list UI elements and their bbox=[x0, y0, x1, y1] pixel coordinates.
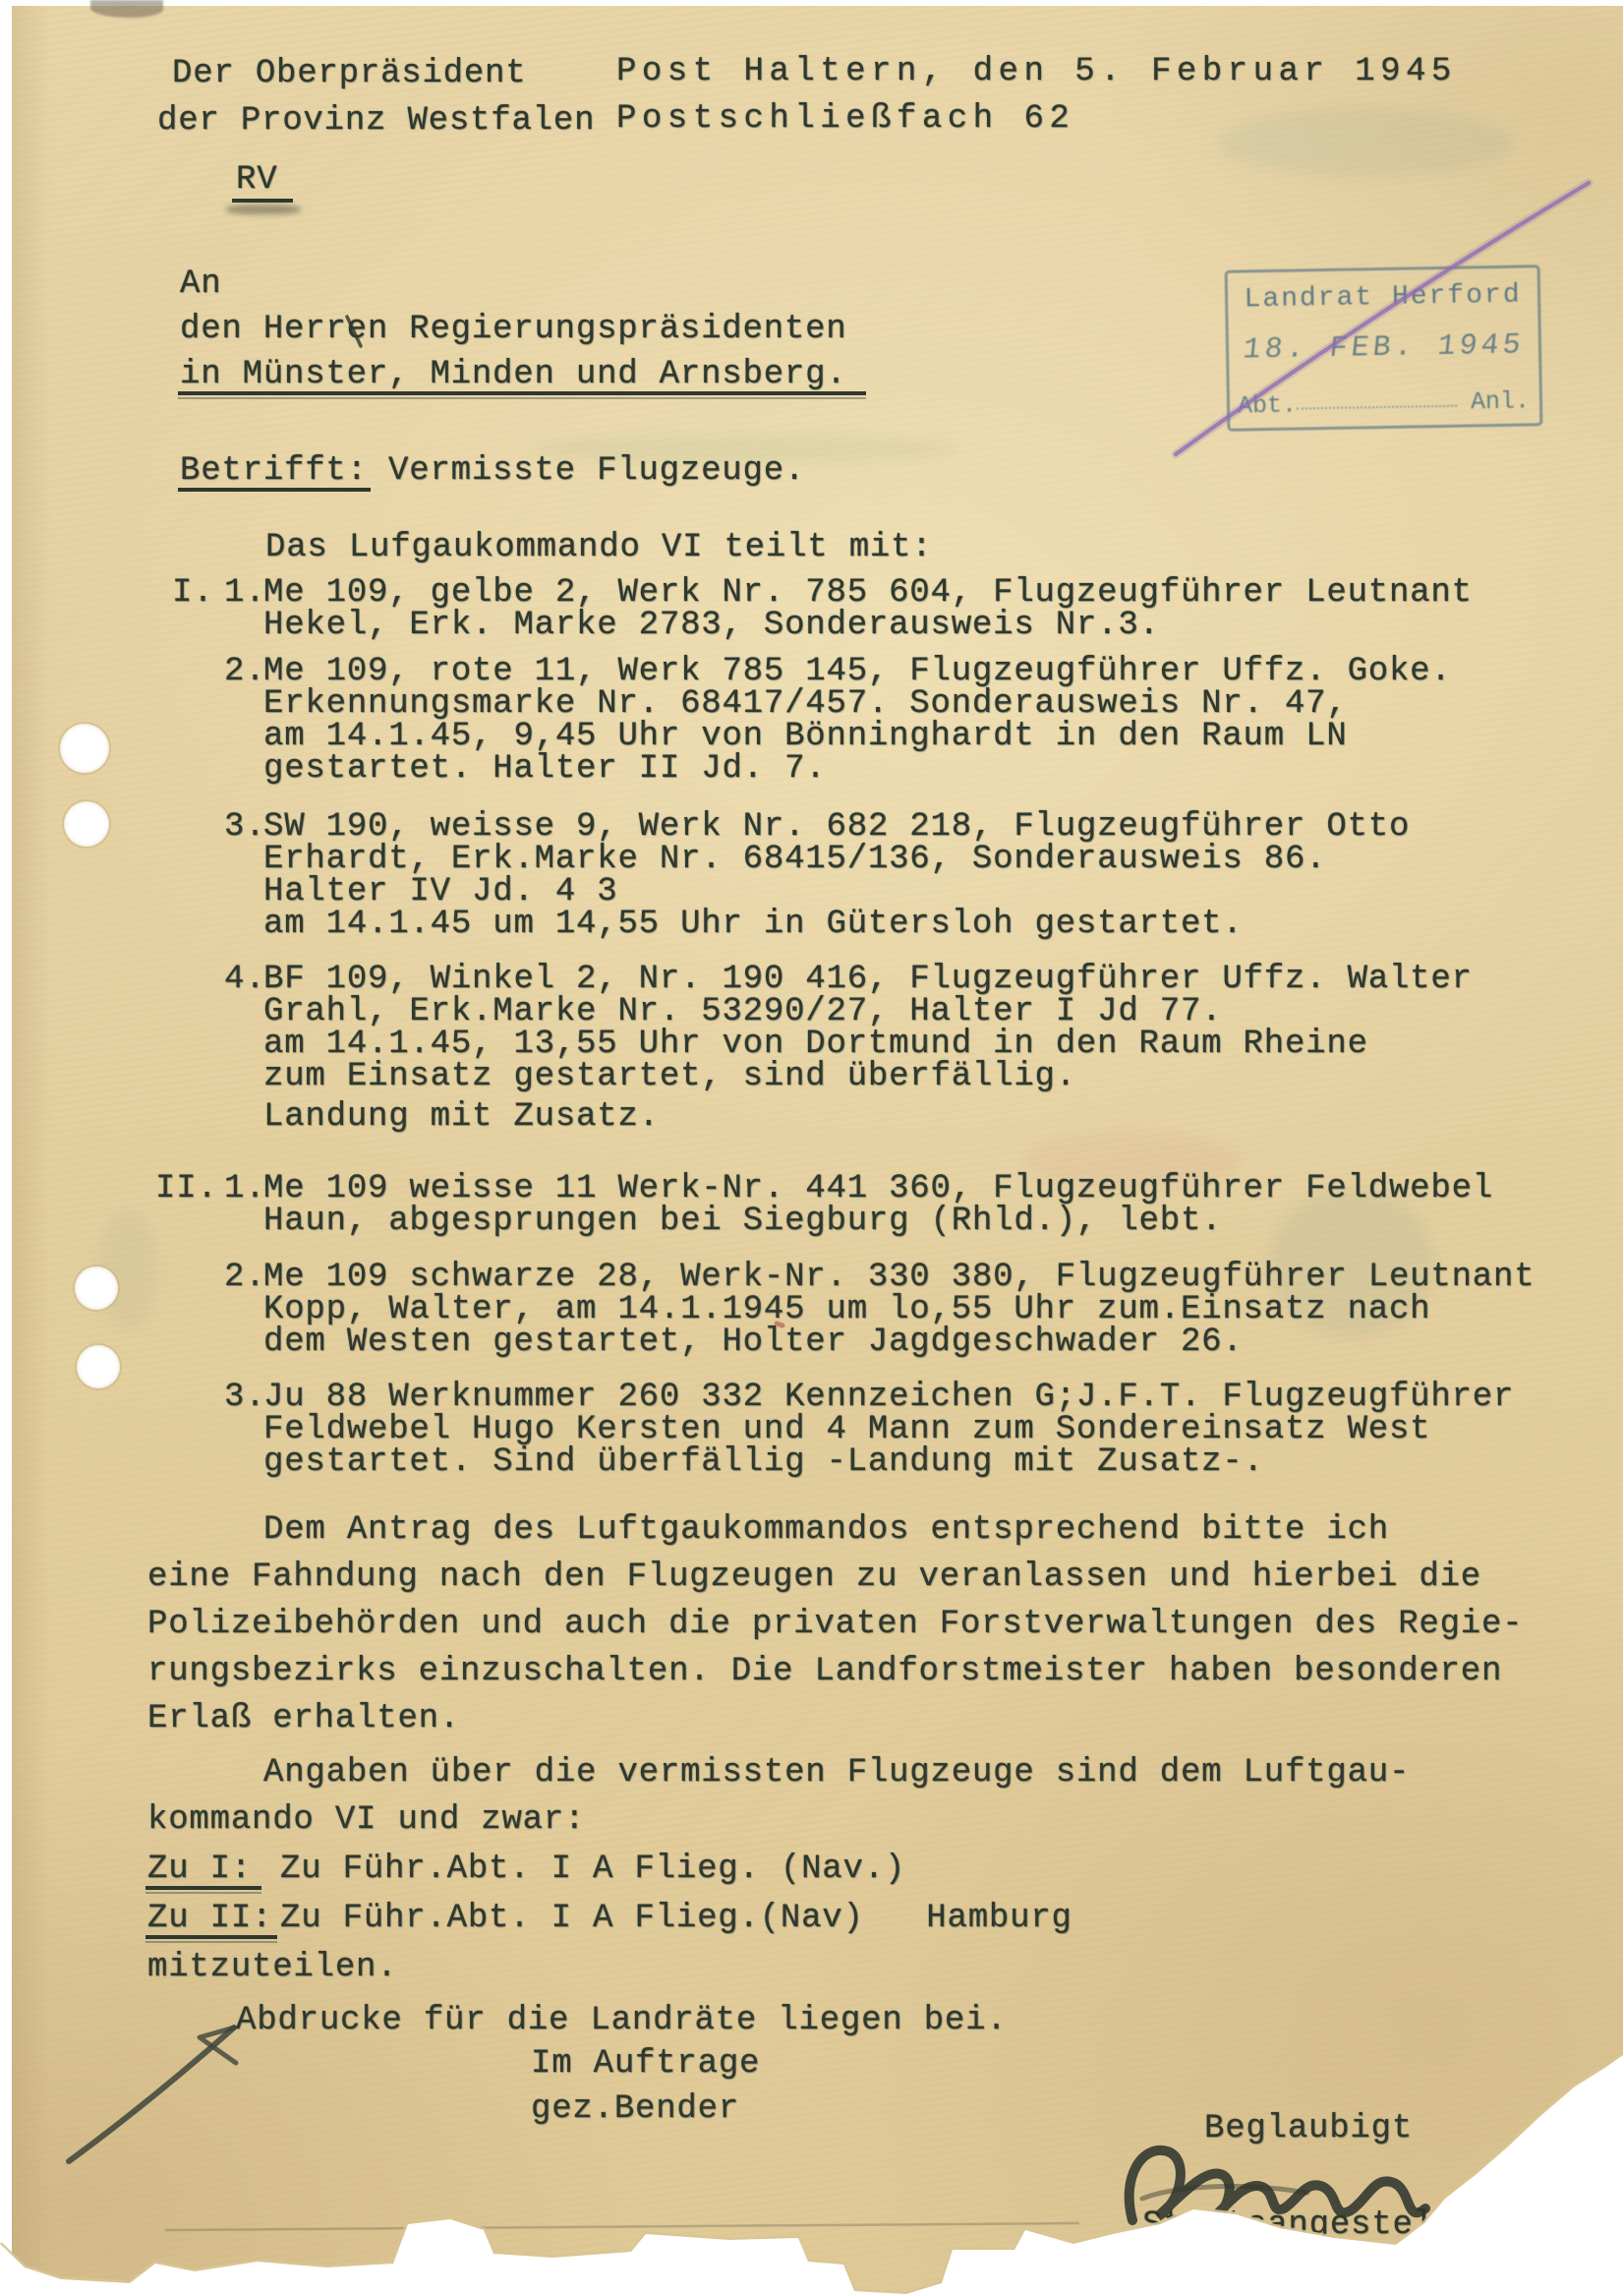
underline bbox=[178, 391, 866, 395]
item-line: gestartet. Halter II Jd. 7. bbox=[263, 752, 827, 786]
reference-text: Zu Führ.Abt. I A Flieg.(Nav) Hamburg bbox=[280, 1902, 1072, 1935]
enclosure-note: Abdrucke für die Landräte liegen bei. bbox=[236, 2004, 1008, 2037]
item-number: 2. bbox=[224, 655, 265, 688]
item-line: Landung mit Zusatz. bbox=[263, 1100, 660, 1134]
item-line: SW 190, weisse 9, Werk Nr. 682 218, Flug… bbox=[263, 810, 1410, 844]
item-line: Grahl, Erk.Marke Nr. 53290/27, Halter I … bbox=[263, 995, 1222, 1029]
item-line: am 14.1.45, 13,55 Uhr von Dortmund in de… bbox=[263, 1028, 1368, 1061]
item-number: 2. bbox=[224, 1261, 265, 1294]
punch-hole bbox=[77, 1345, 120, 1388]
sender-ref: RV bbox=[236, 163, 277, 197]
sender-line: Der Oberpräsident bbox=[172, 57, 526, 90]
recipient-line: An bbox=[180, 267, 221, 301]
item-line: Kopp, Walter, am 14.1.1945 um lo,55 Uhr … bbox=[263, 1293, 1430, 1326]
item-line: Feldwebel Hugo Kersten und 4 Mann zum So… bbox=[263, 1413, 1430, 1446]
underline bbox=[145, 1935, 277, 1939]
stamp-dotted-line bbox=[1297, 405, 1457, 410]
punch-hole bbox=[75, 1266, 118, 1310]
date-line: Post Haltern, den 5. Februar 1945 bbox=[616, 55, 1457, 88]
item-line: Me 109, gelbe 2, Werk Nr. 785 604, Flugz… bbox=[263, 576, 1473, 610]
body-line: eine Fahndung nach den Flugzeugen zu ver… bbox=[147, 1560, 1481, 1594]
item-line: Me 109, rote 11, Werk 785 145, Flugzeugf… bbox=[263, 655, 1452, 688]
reference-label: Zu I: bbox=[147, 1853, 252, 1886]
underline bbox=[145, 1886, 261, 1890]
pobox-line: Postschließfach 62 bbox=[616, 102, 1074, 136]
body-line: Dem Antrag des Luftgaukommandos entsprec… bbox=[263, 1513, 1389, 1547]
document-scan: Der Oberpräsident der Provinz Westfalen … bbox=[0, 0, 1623, 2296]
receipt-stamp: Landrat Herford 18. FEB. 1945 Abt. Anl. bbox=[1225, 265, 1543, 432]
item-line: am 14.1.45, 9,45 Uhr von Bönninghardt in… bbox=[263, 720, 1348, 753]
sender-line: der Provinz Westfalen bbox=[157, 104, 595, 138]
underline bbox=[232, 199, 293, 203]
item-line: Ju 88 Werknummer 260 332 Kennzeichen G;J… bbox=[263, 1381, 1514, 1414]
punch-hole bbox=[64, 801, 109, 847]
ink-smudge bbox=[226, 205, 301, 214]
item-line: zum Einsatz gestartet, sind überfällig. bbox=[263, 1060, 1076, 1093]
recipient-line: den Herren Regierungspräsidenten bbox=[180, 313, 847, 346]
reference-label: Zu II: bbox=[147, 1902, 272, 1935]
item-line: Me 109 weisse 11 Werk-Nr. 441 360, Flugz… bbox=[263, 1172, 1493, 1206]
item-line: dem Westen gestartet, Holter Jagdgeschwa… bbox=[263, 1325, 1244, 1359]
punch-hole bbox=[60, 724, 109, 773]
intro-line: Das Lufgaukommando VI teilt mit: bbox=[265, 531, 933, 564]
item-number: 1. bbox=[224, 1172, 265, 1206]
body-line: rungsbezirks einzuschalten. Die Landfors… bbox=[147, 1655, 1502, 1688]
item-number: 4. bbox=[224, 963, 265, 996]
stamp-abt-label: Abt. bbox=[1238, 391, 1298, 421]
body-line: kommando VI und zwar: bbox=[147, 1803, 585, 1837]
stamp-date: 18. FEB. 1945 bbox=[1227, 328, 1540, 368]
item-line: Erhardt, Erk.Marke Nr. 68415/136, Sonder… bbox=[263, 843, 1326, 876]
section-numeral: II. bbox=[155, 1172, 218, 1206]
underline bbox=[178, 488, 371, 492]
body-line: Polizeibehörden und auch die privaten Fo… bbox=[147, 1608, 1523, 1641]
body-line: Erlaß erhalten. bbox=[147, 1702, 460, 1736]
certification-line: Beglaubigt bbox=[1204, 2112, 1413, 2146]
subject-line: Betrifft: Vermisste Flugzeuge. bbox=[180, 454, 805, 488]
stamp-anl-label: Anl. bbox=[1471, 386, 1531, 416]
stamp-office: Landrat Herford bbox=[1228, 279, 1537, 315]
underline-echo bbox=[178, 397, 866, 399]
certification-line: Staatsangestellte bbox=[1142, 2208, 1496, 2242]
item-line: Erkennungsmarke Nr. 68417/457. Sonderaus… bbox=[263, 687, 1348, 721]
section-numeral: I. bbox=[172, 576, 213, 610]
underline-echo bbox=[145, 1892, 261, 1894]
item-line: gestartet. Sind überfällig -Landung mit … bbox=[263, 1445, 1264, 1479]
reference-text: Zu Führ.Abt. I A Flieg. (Nav.) bbox=[280, 1853, 905, 1886]
body-line: Angaben über die vermissten Flugzeuge si… bbox=[263, 1756, 1410, 1790]
item-line: Haun, abgesprungen bei Siegburg (Rhld.),… bbox=[263, 1205, 1222, 1238]
item-line: Halter IV Jd. 4 3 bbox=[263, 875, 617, 909]
closing-word: mitzuteilen. bbox=[147, 1951, 397, 1984]
item-number: 3. bbox=[224, 810, 265, 844]
recipient-line: in Münster, Minden und Arnsberg. bbox=[180, 358, 847, 391]
item-number: 1. bbox=[224, 576, 265, 610]
item-line: am 14.1.45 um 14,55 Uhr in Gütersloh ges… bbox=[263, 908, 1244, 941]
item-line: BF 109, Winkel 2, Nr. 190 416, Flugzeugf… bbox=[263, 963, 1473, 996]
item-line: Hekel, Erk. Marke 2783, Sonderausweis Nr… bbox=[263, 609, 1160, 642]
item-number: 3. bbox=[224, 1381, 265, 1414]
item-line: Me 109 schwarze 28, Werk-Nr. 330 380, Fl… bbox=[263, 1261, 1535, 1294]
signoff-line: Im Auftrage bbox=[531, 2047, 760, 2081]
underline-echo bbox=[145, 1941, 277, 1943]
signoff-line: gez.Bender bbox=[531, 2092, 739, 2126]
